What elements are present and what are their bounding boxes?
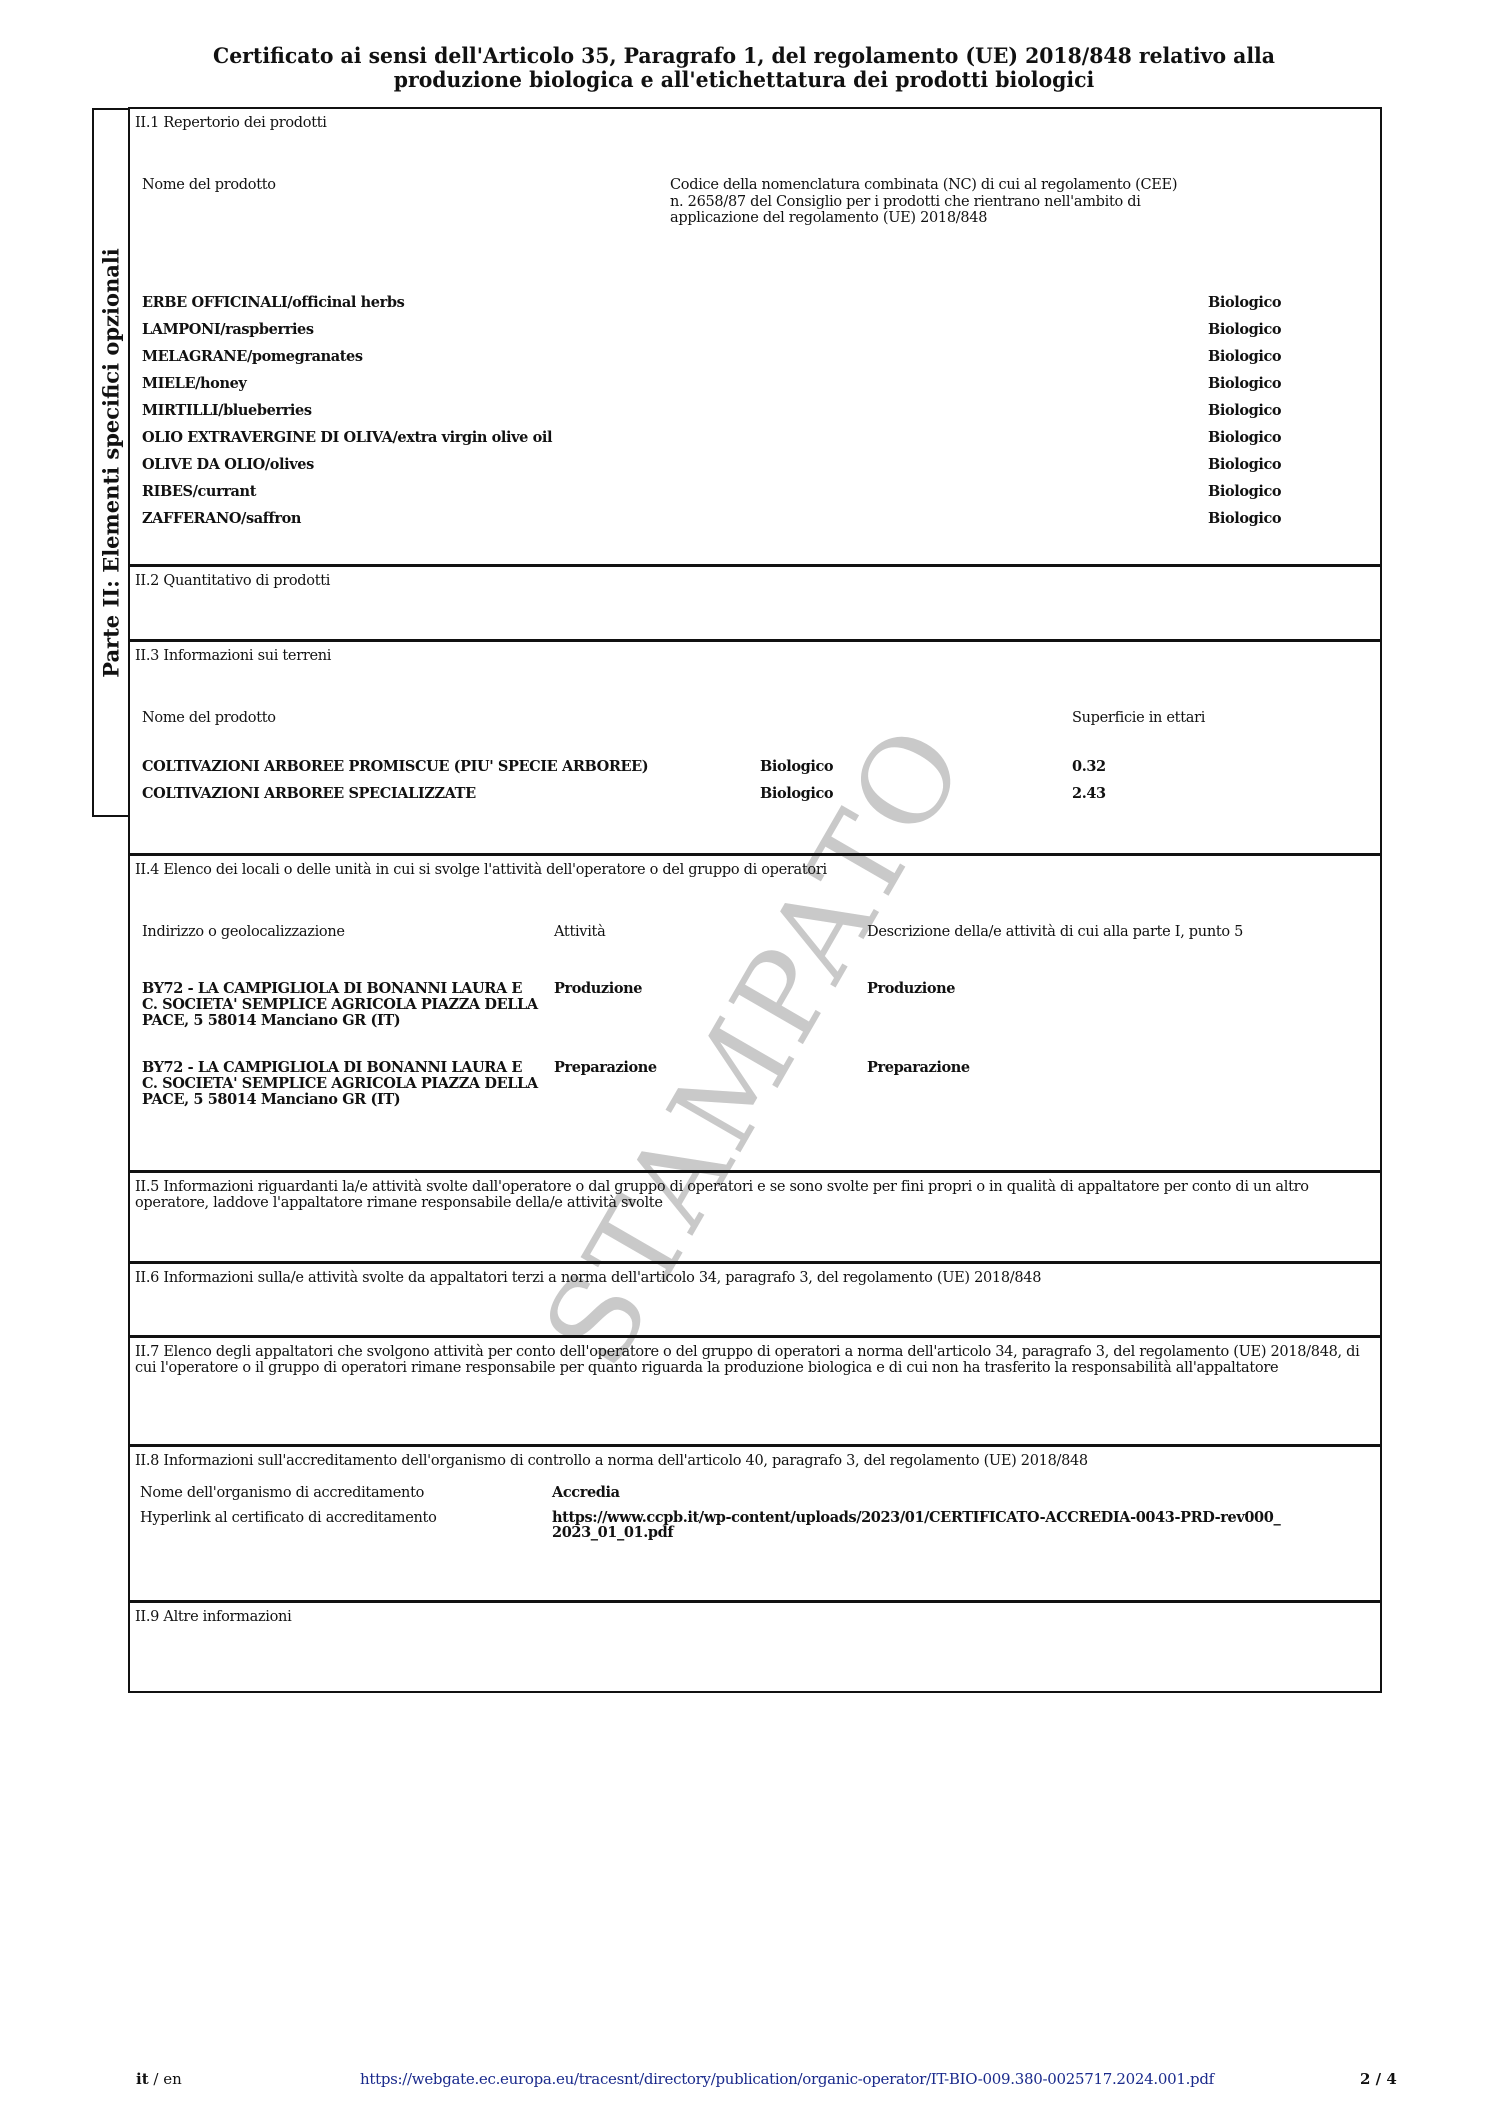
product-row: OLIO EXTRAVERGINE DI OLIVA/extra virgin … bbox=[130, 430, 1380, 450]
column-header-product-name: Nome del prodotto bbox=[142, 710, 276, 727]
product-name: ERBE OFFICINALI/officinal herbs bbox=[142, 295, 404, 312]
land-product-name: COLTIVAZIONI ARBOREE SPECIALIZZATE bbox=[142, 786, 476, 803]
section-ii-1: II.1 Repertorio dei prodotti Nome del pr… bbox=[130, 109, 1380, 564]
section-title: II.2 Quantitativo di prodotti bbox=[135, 573, 1368, 589]
column-header-address: Indirizzo o geolocalizzazione bbox=[142, 924, 345, 941]
column-header-activity: Attività bbox=[554, 924, 605, 941]
language-separator: / bbox=[149, 2070, 164, 2088]
label-accreditation-body: Nome dell'organismo di accreditamento bbox=[140, 1485, 424, 1502]
title-line-1: Certificato ai sensi dell'Articolo 35, P… bbox=[22, 44, 1465, 68]
section-ii-7: II.7 Elenco degli appaltatori che svolgo… bbox=[130, 1335, 1380, 1445]
section-ii-4: II.4 Elenco dei locali o delle unità in … bbox=[130, 853, 1380, 1171]
premises-activity: Produzione bbox=[554, 981, 642, 998]
product-name: LAMPONI/raspberries bbox=[142, 322, 314, 339]
land-status: Biologico bbox=[760, 786, 833, 803]
product-row: ERBE OFFICINALI/officinal herbsBiologico bbox=[130, 295, 1380, 315]
product-row: RIBES/currantBiologico bbox=[130, 484, 1380, 504]
section-ii-5: II.5 Informazioni riguardanti la/e attiv… bbox=[130, 1170, 1380, 1262]
section-title: II.8 Informazioni sull'accreditamento de… bbox=[135, 1453, 1368, 1469]
land-product-name: COLTIVAZIONI ARBOREE PROMISCUE (PIU' SPE… bbox=[142, 759, 648, 776]
side-section-label: Parte II: Elementi specifici opzionali bbox=[99, 248, 124, 678]
value-accreditation-body: Accredia bbox=[552, 1485, 620, 1502]
product-row: LAMPONI/raspberriesBiologico bbox=[130, 322, 1380, 342]
section-title: II.6 Informazioni sulla/e attività svolt… bbox=[135, 1270, 1368, 1286]
section-title: II.9 Altre informazioni bbox=[135, 1609, 1368, 1625]
product-status: Biologico bbox=[1208, 349, 1281, 366]
language-other[interactable]: en bbox=[163, 2070, 182, 2088]
accreditation-certificate-link[interactable]: https://www.ccpb.it/wp-content/uploads/2… bbox=[552, 1510, 1287, 1540]
product-name: RIBES/currant bbox=[142, 484, 256, 501]
product-status: Biologico bbox=[1208, 511, 1281, 528]
section-ii-6: II.6 Informazioni sulla/e attività svolt… bbox=[130, 1261, 1380, 1336]
product-row: MELAGRANE/pomegranatesBiologico bbox=[130, 349, 1380, 369]
section-ii-8: II.8 Informazioni sull'accreditamento de… bbox=[130, 1444, 1380, 1601]
premises-address: BY72 - LA CAMPIGLIOLA DI BONANNI LAURA E… bbox=[142, 1060, 542, 1108]
premises-row: BY72 - LA CAMPIGLIOLA DI BONANNI LAURA E… bbox=[130, 981, 1380, 1053]
land-status: Biologico bbox=[760, 759, 833, 776]
product-row: ZAFFERANO/saffronBiologico bbox=[130, 511, 1380, 531]
product-name: MIRTILLI/blueberries bbox=[142, 403, 312, 420]
premises-row: BY72 - LA CAMPIGLIOLA DI BONANNI LAURA E… bbox=[130, 1060, 1380, 1132]
column-header-product-name: Nome del prodotto bbox=[142, 177, 276, 194]
product-name: OLIO EXTRAVERGINE DI OLIVA/extra virgin … bbox=[142, 430, 552, 447]
label-accreditation-link: Hyperlink al certificato di accreditamen… bbox=[140, 1510, 437, 1527]
section-title: II.5 Informazioni riguardanti la/e attiv… bbox=[135, 1179, 1368, 1211]
certificate-form: II.1 Repertorio dei prodotti Nome del pr… bbox=[128, 107, 1382, 1693]
section-title: II.3 Informazioni sui terreni bbox=[135, 648, 1368, 664]
section-title: II.7 Elenco degli appaltatori che svolgo… bbox=[135, 1344, 1368, 1376]
product-status: Biologico bbox=[1208, 430, 1281, 447]
document-url-link[interactable]: https://webgate.ec.europa.eu/tracesnt/di… bbox=[360, 2070, 1214, 2088]
product-name: MELAGRANE/pomegranates bbox=[142, 349, 363, 366]
land-area: 0.32 bbox=[1072, 759, 1106, 776]
product-name: ZAFFERANO/saffron bbox=[142, 511, 301, 528]
land-row: COLTIVAZIONI ARBOREE PROMISCUE (PIU' SPE… bbox=[130, 759, 1380, 779]
product-row: MIRTILLI/blueberriesBiologico bbox=[130, 403, 1380, 423]
premises-description: Preparazione bbox=[867, 1060, 970, 1077]
section-ii-9: II.9 Altre informazioni bbox=[130, 1600, 1380, 1694]
premises-description: Produzione bbox=[867, 981, 955, 998]
product-row: OLIVE DA OLIO/olivesBiologico bbox=[130, 457, 1380, 477]
product-status: Biologico bbox=[1208, 376, 1281, 393]
product-name: OLIVE DA OLIO/olives bbox=[142, 457, 314, 474]
section-ii-2: II.2 Quantitativo di prodotti bbox=[130, 564, 1380, 640]
premises-activity: Preparazione bbox=[554, 1060, 657, 1077]
title-line-2: produzione biologica e all'etichettatura… bbox=[22, 68, 1465, 92]
product-status: Biologico bbox=[1208, 295, 1281, 312]
language-current[interactable]: it bbox=[136, 2070, 149, 2088]
language-switcher: it / en bbox=[136, 2070, 182, 2088]
land-area: 2.43 bbox=[1072, 786, 1106, 803]
product-status: Biologico bbox=[1208, 457, 1281, 474]
column-header-area: Superficie in ettari bbox=[1072, 710, 1205, 727]
side-section-label-box: Parte II: Elementi specifici opzionali bbox=[92, 108, 128, 817]
column-header-description: Descrizione della/e attività di cui alla… bbox=[867, 924, 1243, 941]
section-title: II.1 Repertorio dei prodotti bbox=[135, 115, 1368, 131]
premises-address: BY72 - LA CAMPIGLIOLA DI BONANNI LAURA E… bbox=[142, 981, 542, 1029]
land-row: COLTIVAZIONI ARBOREE SPECIALIZZATEBiolog… bbox=[130, 786, 1380, 806]
product-name: MIELE/honey bbox=[142, 376, 246, 393]
product-status: Biologico bbox=[1208, 403, 1281, 420]
section-ii-3: II.3 Informazioni sui terreni Nome del p… bbox=[130, 639, 1380, 854]
column-header-nc-code: Codice della nomenclatura combinata (NC)… bbox=[670, 177, 1190, 227]
section-title: II.4 Elenco dei locali o delle unità in … bbox=[135, 862, 1368, 878]
product-row: MIELE/honeyBiologico bbox=[130, 376, 1380, 396]
page-number: 2 / 4 bbox=[1360, 2070, 1397, 2088]
product-status: Biologico bbox=[1208, 484, 1281, 501]
document-title: Certificato ai sensi dell'Articolo 35, P… bbox=[22, 44, 1465, 92]
product-status: Biologico bbox=[1208, 322, 1281, 339]
